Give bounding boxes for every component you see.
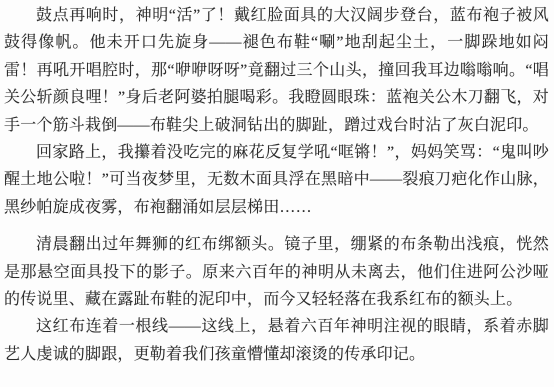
paragraph: 这红布连着一根线——这线上，悬着六百年神明注视的眼睛，系着赤脚艺人虔诚的脚跟，更… [4, 313, 549, 368]
paragraph: 清晨翻出过年舞狮的红布绑额头。镜子里，绷紧的布条勒出浅痕，恍然是那悬空面具投下的… [4, 231, 549, 313]
paragraph: 鼓点再响时，神明“活”了！戴红脸面具的大汉阔步登台，蓝布袍子被风鼓得像帆。他未开… [4, 2, 549, 139]
paragraph: 回家路上，我攥着没吃完的麻花反复学吼“哐锵！”，妈妈笑骂：“鬼叫吵醒土地公啦！”… [4, 139, 549, 221]
document-page: 鼓点再响时，神明“活”了！戴红脸面具的大汉阔步登台，蓝布袍子被风鼓得像帆。他未开… [0, 0, 554, 387]
